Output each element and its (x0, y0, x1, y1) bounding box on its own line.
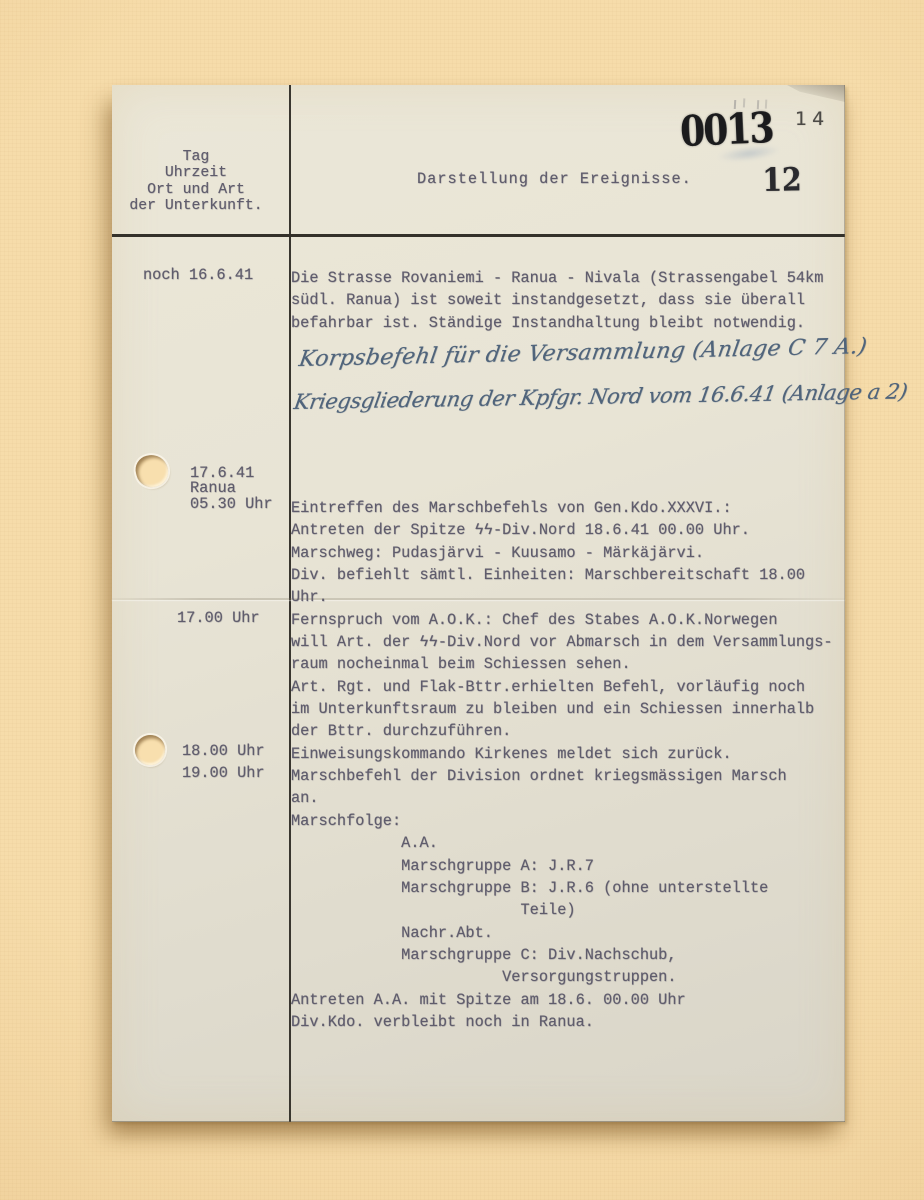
diary-page: 0013 14 12 Tag Uhrzeit Ort und Art der U… (112, 85, 845, 1122)
paper-right-edge (844, 85, 846, 1122)
header-divider-line (112, 234, 845, 237)
typed-entries-march-orders: Eintreffen des Marschbefehls von Gen.Kdo… (291, 497, 833, 1033)
margin-date-entry1: noch 16.6.41 (143, 268, 253, 283)
margin-time-1700: 17.00 Uhr (177, 611, 260, 626)
handwritten-note-line1: Korpsbefehl für die Versammlung (Anlage … (297, 334, 869, 372)
punch-hole-bottom (133, 733, 167, 767)
punch-hole-top (133, 452, 172, 491)
margin-time-1900: 19.00 Uhr (182, 766, 265, 781)
stamped-page-number: 12 (762, 160, 802, 199)
events-column-header: Darstellung der Ereignisse. (417, 170, 692, 188)
handwritten-note-line2: Kriegsgliederung der Kpfgr. Nord vom 16.… (292, 379, 909, 414)
typed-entry-road-report: Die Strasse Rovaniemi - Ranua - Nivala (… (291, 267, 823, 334)
margin-time-1800: 18.00 Uhr (182, 744, 265, 759)
page-corner-curl (787, 85, 845, 102)
pencil-page-number: 14 (795, 108, 829, 130)
scan-mount-background: 0013 14 12 Tag Uhrzeit Ort und Art der U… (0, 0, 924, 1200)
left-column-header: Tag Uhrzeit Ort und Art der Unterkunft. (112, 149, 280, 214)
margin-date-entry2: 17.6.41 Ranua 05.30 Uhr (190, 466, 273, 512)
paper-bottom-edge (112, 1121, 845, 1123)
